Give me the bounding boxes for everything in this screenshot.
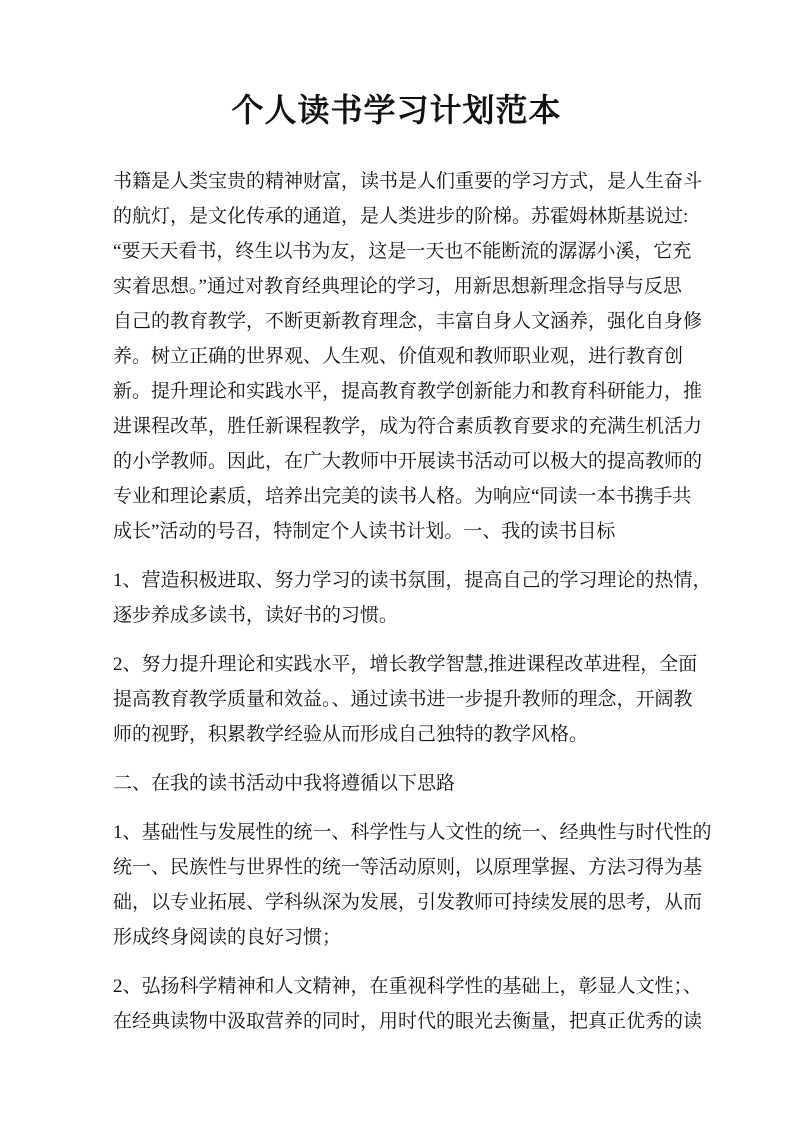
text-line: 1、基础性与发展性的统一、科学性与人文性的统一、经典性与时代性的 <box>113 815 680 850</box>
document-body: 书籍是人类宝贵的精神财富，读书是人们重要的学习方式，是人生奋斗的航灯，是文化传承… <box>113 164 680 1039</box>
text-line: 提高教育教学质量和效益。、通过读书进一步提升教师的理念，开阔教 <box>113 682 680 717</box>
paragraph: 2、努力提升理论和实践水平，增长教学智慧,推进课程改革进程，全面提高教育教学质量… <box>113 647 680 752</box>
paragraph: 二、在我的读书活动中我将遵循以下思路 <box>113 766 680 801</box>
text-line: 新。提升理论和实践水平，提高教育教学创新能力和教育科研能力，推 <box>113 374 680 409</box>
document-page: 个人读书学习计划范本 书籍是人类宝贵的精神财富，读书是人们重要的学习方式，是人生… <box>0 0 793 1122</box>
text-line: 二、在我的读书活动中我将遵循以下思路 <box>113 766 680 801</box>
paragraph: 1、营造积极进取、努力学习的读书氛围，提高自己的学习理论的热情，逐步养成多读书，… <box>113 563 680 633</box>
text-line: “要天天看书，终生以书为友，这是一天也不能断流的潺潺小溪，它充 <box>113 234 680 269</box>
text-line: 统一、民族性与世界性的统一等活动原则，以原理掌握、方法习得为基 <box>113 850 680 885</box>
paragraph: 书籍是人类宝贵的精神财富，读书是人们重要的学习方式，是人生奋斗的航灯，是文化传承… <box>113 164 680 549</box>
text-line: 的航灯，是文化传承的通道，是人类进步的阶梯。苏霍姆林斯基说过: <box>113 199 680 234</box>
text-line: 2、弘扬科学精神和人文精神，在重视科学性的基础上，彰显人文性；、 <box>113 969 680 1004</box>
text-line: 在经典读物中汲取营养的同时，用时代的眼光去衡量，把真正优秀的读 <box>113 1004 680 1039</box>
text-line: 师的视野，积累教学经验从而形成自己独特的教学风格。 <box>113 717 680 752</box>
text-line: 2、努力提升理论和实践水平，增长教学智慧,推进课程改革进程，全面 <box>113 647 680 682</box>
text-line: 实着思想。”通过对教育经典理论的学习，用新思想新理念指导与反思 <box>113 269 680 304</box>
text-line: 养。树立正确的世界观、人生观、价值观和教师职业观，进行教育创 <box>113 339 680 374</box>
text-line: 形成终身阅读的良好习惯； <box>113 920 680 955</box>
text-line: 专业和理论素质，培养出完美的读书人格。为响应“同读一本书携手共 <box>113 479 680 514</box>
text-line: 进课程改革，胜任新课程教学，成为符合素质教育要求的充满生机活力 <box>113 409 680 444</box>
text-line: 自己的教育教学，不断更新教育理念，丰富自身人文涵养，强化自身修 <box>113 304 680 339</box>
document-title: 个人读书学习计划范本 <box>113 86 680 134</box>
text-line: 础，以专业拓展、学科纵深为发展，引发教师可持续发展的思考，从而 <box>113 885 680 920</box>
text-line: 1、营造积极进取、努力学习的读书氛围，提高自己的学习理论的热情， <box>113 563 680 598</box>
paragraph: 1、基础性与发展性的统一、科学性与人文性的统一、经典性与时代性的统一、民族性与世… <box>113 815 680 955</box>
paragraph: 2、弘扬科学精神和人文精神，在重视科学性的基础上，彰显人文性；、在经典读物中汲取… <box>113 969 680 1039</box>
text-line: 逐步养成多读书，读好书的习惯。 <box>113 598 680 633</box>
text-line: 成长”活动的号召，特制定个人读书计划。一、我的读书目标 <box>113 514 680 549</box>
text-line: 书籍是人类宝贵的精神财富，读书是人们重要的学习方式，是人生奋斗 <box>113 164 680 199</box>
text-line: 的小学教师。因此，在广大教师中开展读书活动可以极大的提高教师的 <box>113 444 680 479</box>
